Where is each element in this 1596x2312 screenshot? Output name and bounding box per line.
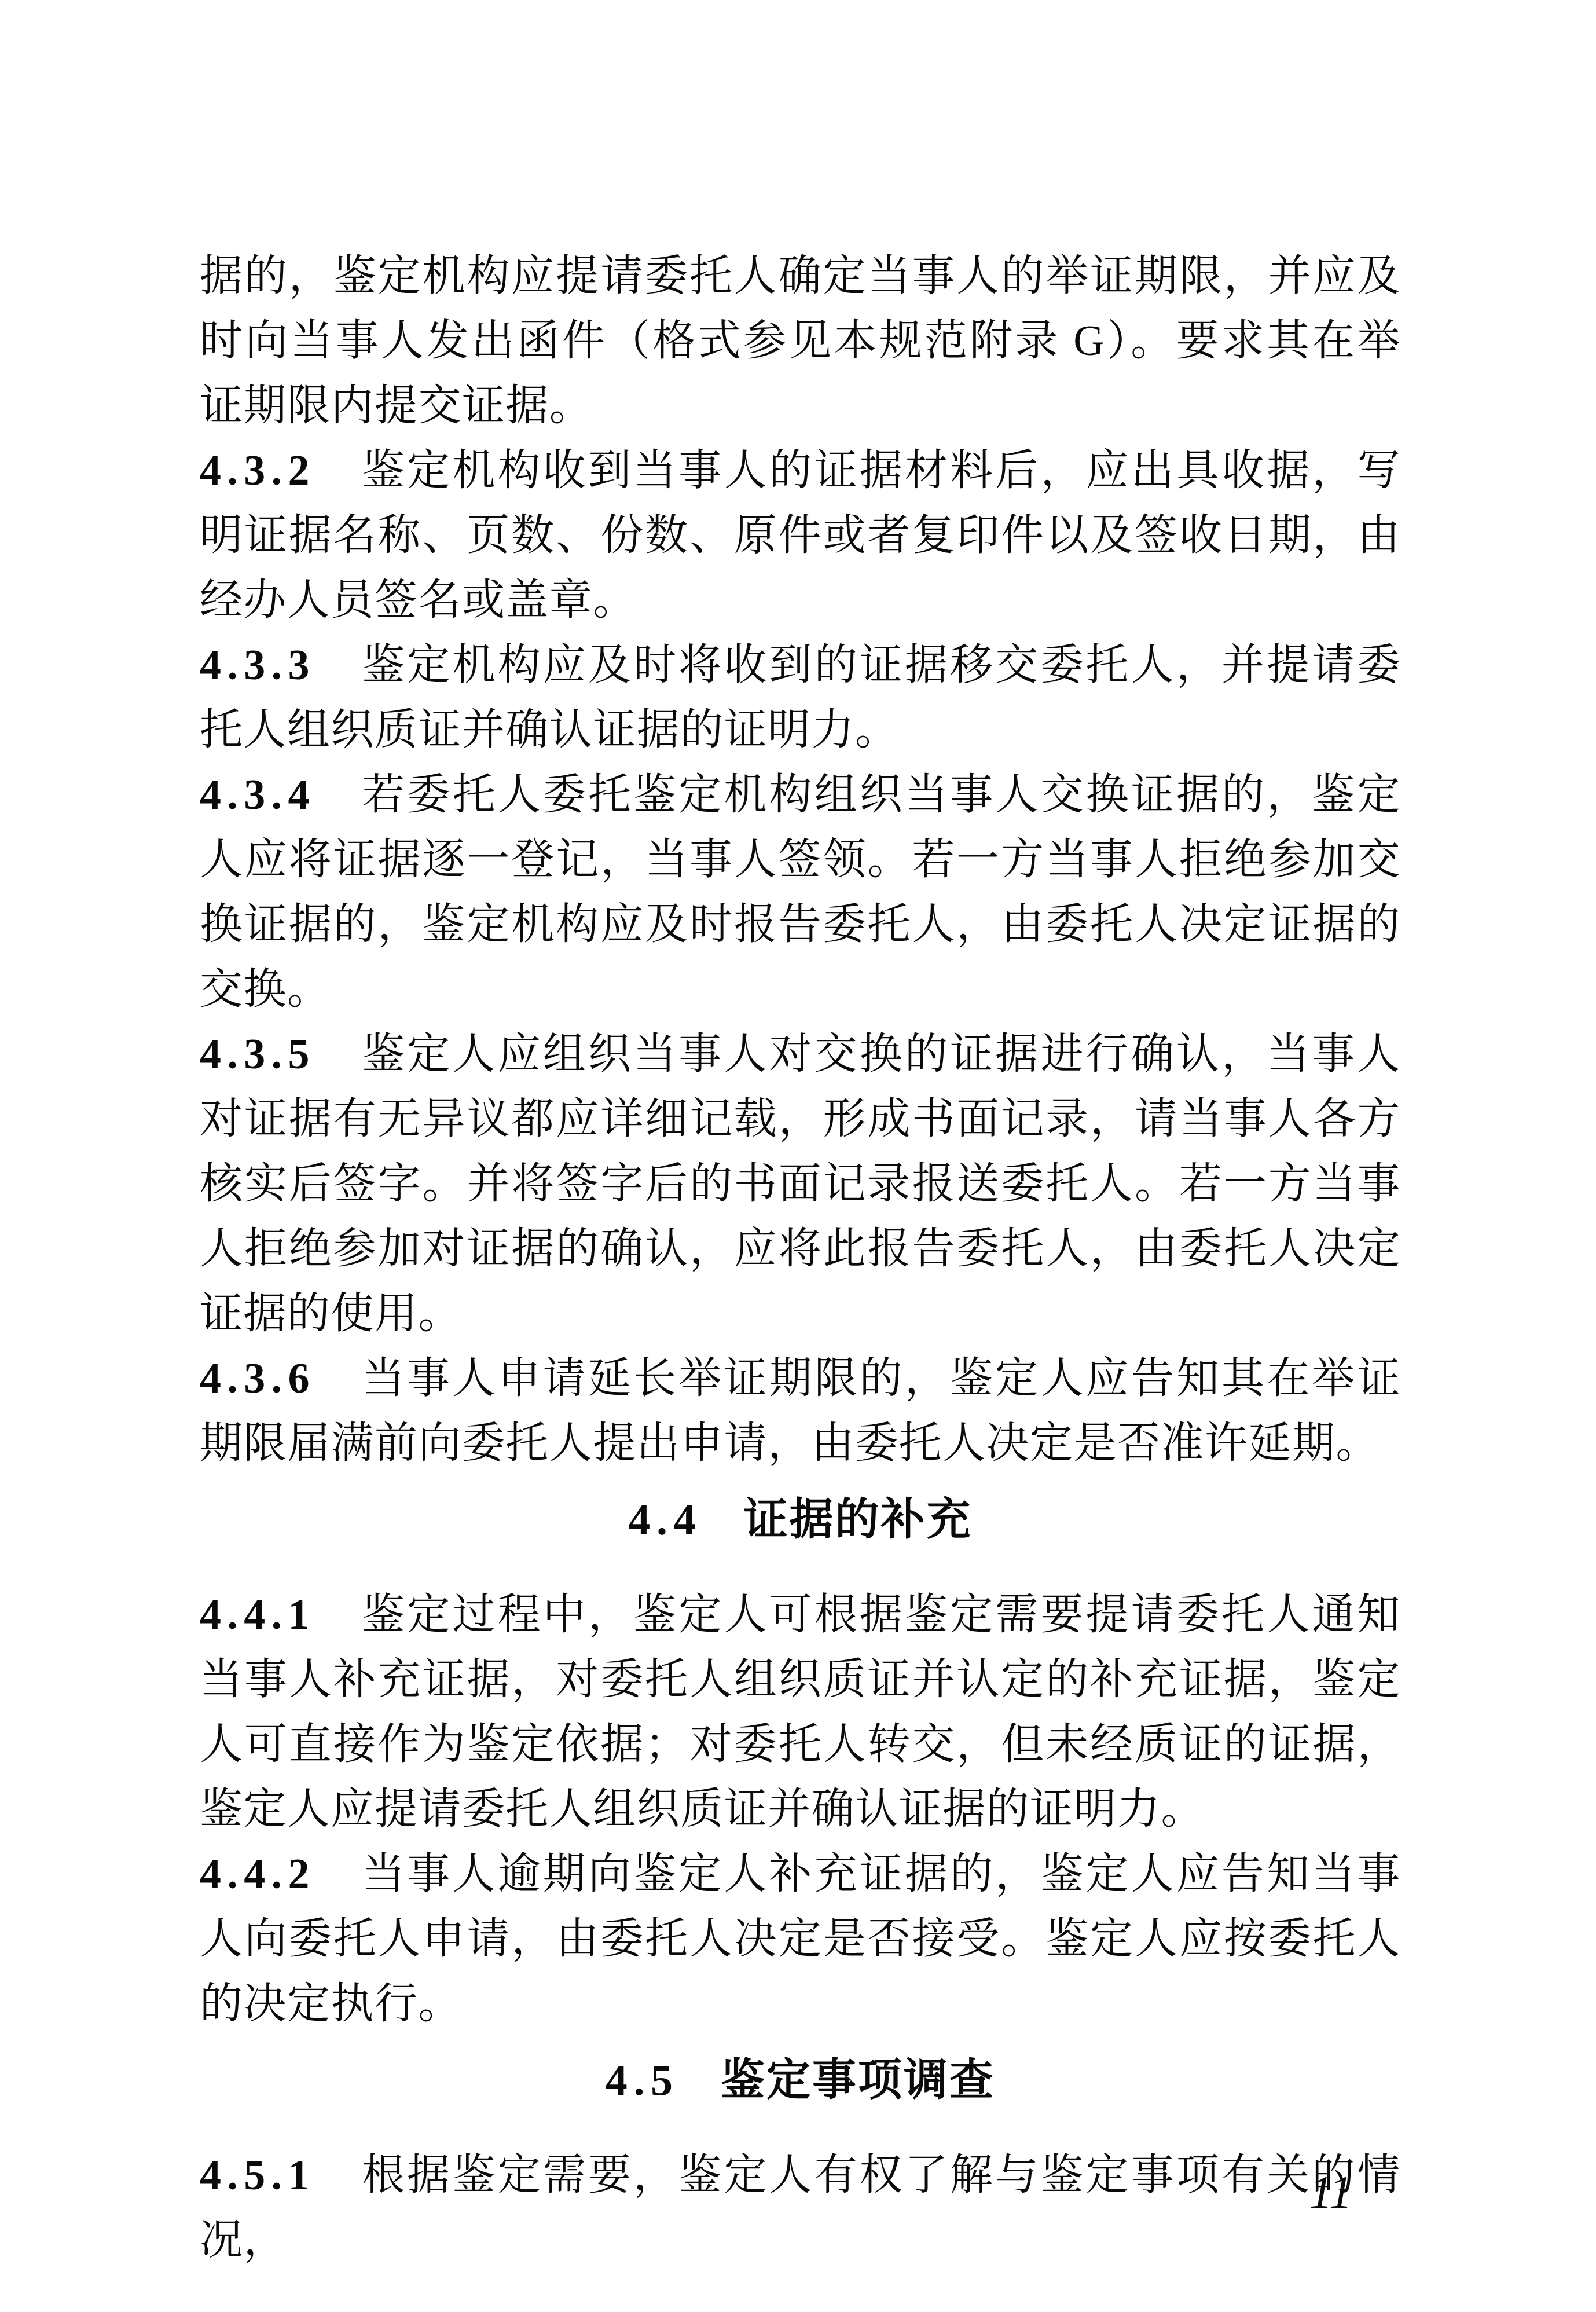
- clause-paragraph: 4.3.6当事人申请延长举证期限的，鉴定人应告知其在举证期限届满前向委托人提出申…: [200, 1346, 1401, 1476]
- section-heading-title: 鉴定事项调查: [721, 2055, 995, 2105]
- document-body: 据的，鉴定机构应提请委托人确定当事人的举证期限，并应及时向当事人发出函件（格式参…: [200, 244, 1401, 2273]
- clause-text: 据的，鉴定机构应提请委托人确定当事人的举证期限，并应及时向当事人发出函件（格式参…: [200, 252, 1401, 430]
- clause-text: 鉴定机构收到当事人的证据材料后，应出具收据，写明证据名称、页数、份数、原件或者复…: [200, 447, 1401, 624]
- clause-text: 若委托人委托鉴定机构组织当事人交换证据的，鉴定人应将证据逐一登记，当事人签领。若…: [200, 771, 1401, 1013]
- continuation-paragraph: 据的，鉴定机构应提请委托人确定当事人的举证期限，并应及时向当事人发出函件（格式参…: [200, 244, 1401, 438]
- clause-paragraph: 4.3.5鉴定人应组织当事人对交换的证据进行确认，当事人对证据有无异议都应详细记…: [200, 1022, 1401, 1346]
- clause-text: 鉴定人应组织当事人对交换的证据进行确认，当事人对证据有无异议都应详细记载，形成书…: [200, 1031, 1401, 1338]
- clause-text: 当事人申请延长举证期限的，鉴定人应告知其在举证期限届满前向委托人提出申请，由委托…: [200, 1355, 1401, 1467]
- section-heading-number: 4.4: [628, 1496, 702, 1544]
- clause-text: 鉴定过程中，鉴定人可根据鉴定需要提请委托人通知当事人补充证据，对委托人组织质证并…: [200, 1591, 1401, 1833]
- clause-paragraph: 4.5.1根据鉴定需要，鉴定人有权了解与鉴定事项有关的情况，: [200, 2143, 1401, 2273]
- scanned-document-page: 据的，鉴定机构应提请委托人确定当事人的举证期限，并应及时向当事人发出函件（格式参…: [0, 0, 1596, 2312]
- clause-paragraph: 4.3.4若委托人委托鉴定机构组织当事人交换证据的，鉴定人应将证据逐一登记，当事…: [200, 763, 1401, 1022]
- page-number: 11: [1309, 2167, 1352, 2219]
- clause-text: 根据鉴定需要，鉴定人有权了解与鉴定事项有关的情况，: [200, 2152, 1401, 2264]
- clause-number: 4.4.1: [200, 1591, 315, 1639]
- clause-number: 4.5.1: [200, 2152, 315, 2199]
- clause-paragraph: 4.3.3鉴定机构应及时将收到的证据移交委托人，并提请委托人组织质证并确认证据的…: [200, 633, 1401, 763]
- section-heading-title: 证据的补充: [743, 1495, 972, 1544]
- clause-paragraph: 4.4.2当事人逾期向鉴定人补充证据的，鉴定人应告知当事人向委托人申请，由委托人…: [200, 1842, 1401, 2036]
- section-heading-number: 4.5: [606, 2056, 679, 2105]
- clause-number: 4.4.2: [200, 1851, 315, 1898]
- clause-number: 4.3.4: [200, 771, 315, 819]
- clause-number: 4.3.3: [200, 642, 315, 689]
- section-heading: 4.4证据的补充: [200, 1487, 1401, 1552]
- clause-text: 鉴定机构应及时将收到的证据移交委托人，并提请委托人组织质证并确认证据的证明力。: [200, 642, 1401, 754]
- section-heading: 4.5鉴定事项调查: [200, 2048, 1401, 2113]
- clause-number: 4.3.2: [200, 447, 315, 494]
- clause-number: 4.3.5: [200, 1031, 315, 1078]
- clause-text: 当事人逾期向鉴定人补充证据的，鉴定人应告知当事人向委托人申请，由委托人决定是否接…: [200, 1851, 1401, 2028]
- clause-paragraph: 4.3.2鉴定机构收到当事人的证据材料后，应出具收据，写明证据名称、页数、份数、…: [200, 438, 1401, 633]
- clause-number: 4.3.6: [200, 1355, 315, 1402]
- clause-paragraph: 4.4.1鉴定过程中，鉴定人可根据鉴定需要提请委托人通知当事人补充证据，对委托人…: [200, 1582, 1401, 1842]
